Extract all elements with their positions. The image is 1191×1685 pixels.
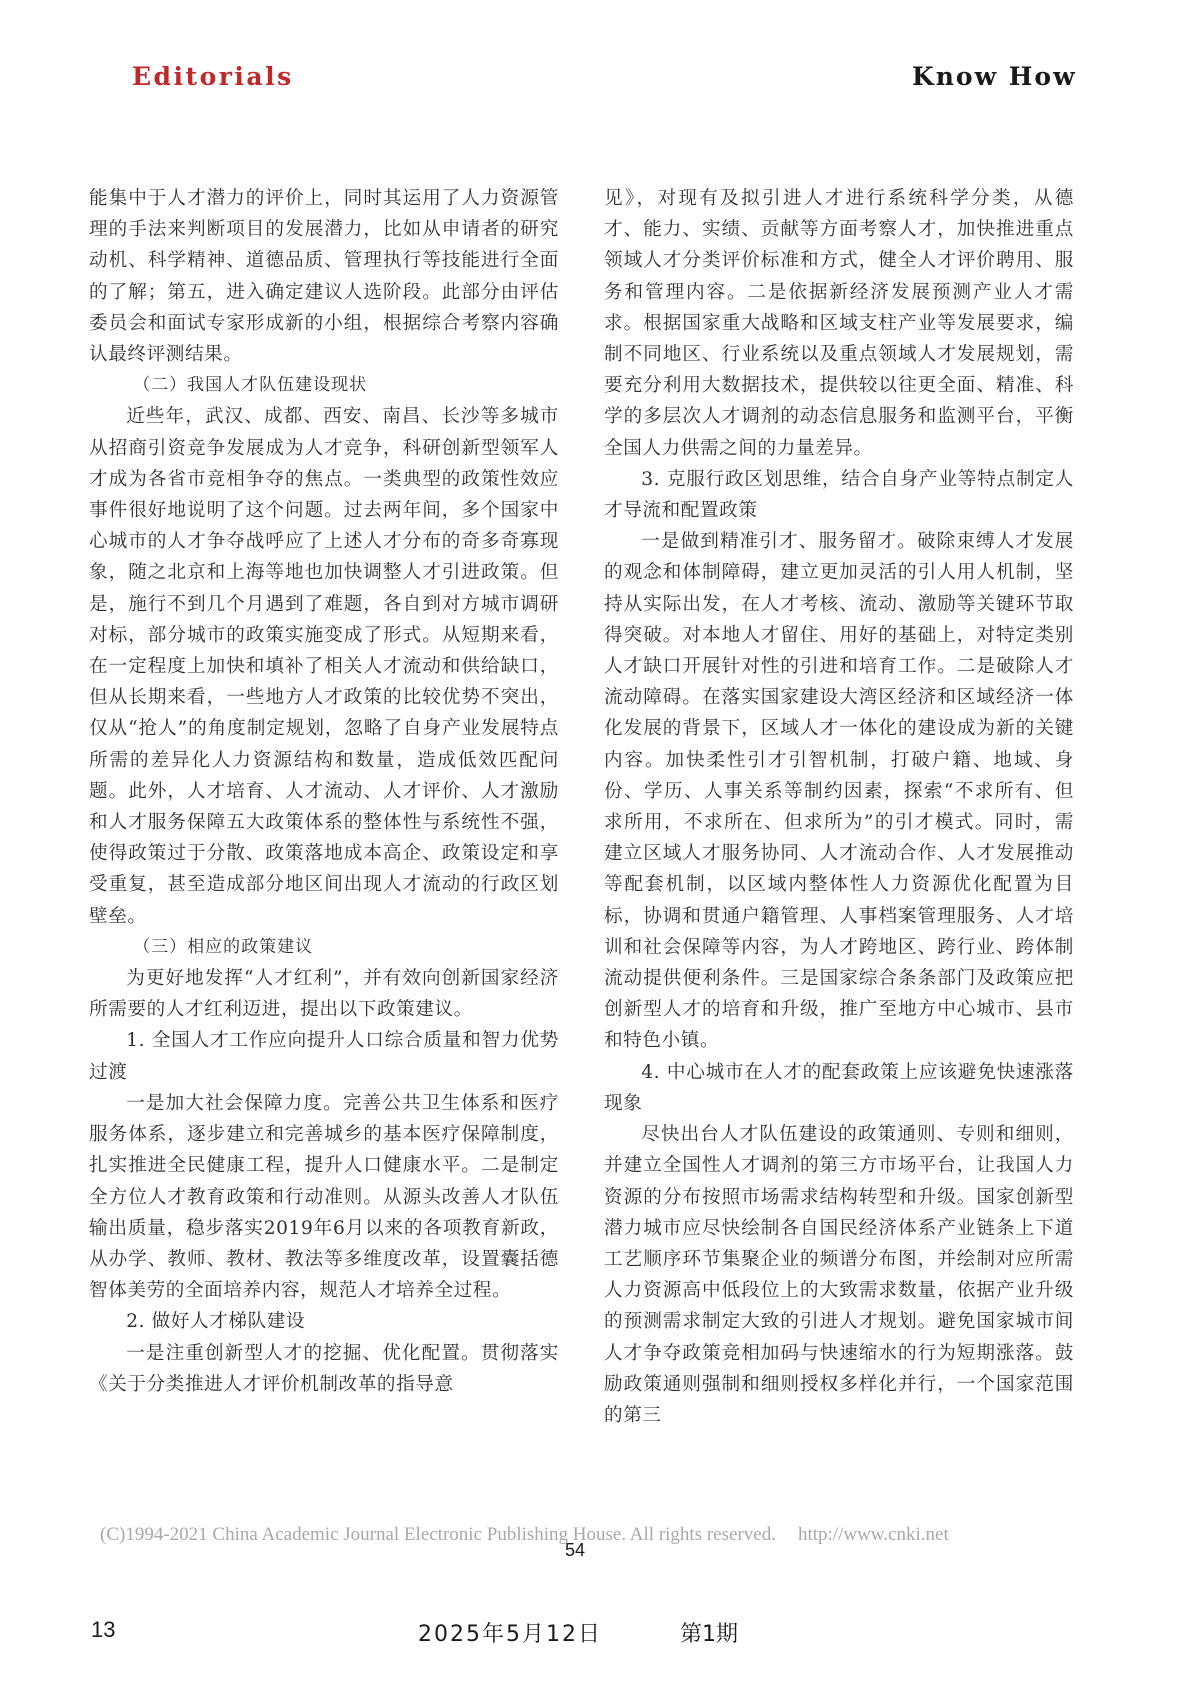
paragraph-talent-echelon: 一是注重创新型人才的挖掘、优化配置。贯彻落实《关于分类推进人才评价机制改革的指导…: [89, 1338, 559, 1400]
numbered-heading-2: 2. 做好人才梯队建设: [89, 1306, 559, 1337]
paragraph-continued-right: 见》，对现有及拟引进人才进行系统科学分类，从德才、能力、实绩、贡献等方面考察人才…: [604, 183, 1074, 464]
paragraph-policy-rules: 尽快出台人才队伍建设的政策通则、专则和细则，并建立全国性人才调剂的第三方市场平台…: [604, 1119, 1074, 1431]
issue-number: 第1期: [680, 1617, 738, 1648]
page-number: 13: [91, 1617, 115, 1643]
paragraph-continued: 能集中于人才潜力的评价上，同时其运用了人力资源管理的手法来判断项目的发展潜力，比…: [89, 183, 559, 370]
section-label-editorials: Editorials: [132, 62, 294, 91]
numbered-heading-4: 4. 中心城市在人才的配套政策上应该避免快速涨落现象: [604, 1057, 1074, 1119]
subheading-policy-suggestions: （三）相应的政策建议: [89, 932, 559, 963]
numbered-heading-1: 1. 全国人才工作应向提升人口综合质量和智力优势过渡: [89, 1025, 559, 1087]
paragraph-social-security: 一是加大社会保障力度。完善公共卫生体系和医疗服务体系，逐步建立和完善城乡的基本医…: [89, 1088, 559, 1306]
section-label-know-how: Know How: [912, 62, 1077, 91]
paragraph-precise-recruitment: 一是做到精准引才、服务留才。破除束缚人才发展的观念和体制障碍，建立更加灵活的引人…: [604, 526, 1074, 1056]
copyright-text: (C)1994-2021 China Academic Journal Elec…: [100, 1524, 776, 1545]
right-text-column: 见》，对现有及拟引进人才进行系统科学分类，从德才、能力、实绩、贡献等方面考察人才…: [604, 183, 1074, 1431]
copyright-notice: (C)1994-2021 China Academic Journal Elec…: [100, 1524, 949, 1546]
paragraph-policy-intro: 为更好地发挥“人才红利”，并有效向创新国家经济所需要的人才红利迈进，提出以下政策…: [89, 963, 559, 1025]
paragraph-talent-status: 近些年，武汉、成都、西安、南昌、长沙等多城市从招商引资竞争发展成为人才竞争，科研…: [89, 401, 559, 931]
original-page-number: 54: [565, 1540, 585, 1561]
numbered-heading-3: 3. 克服行政区划思维，结合自身产业等特点制定人才导流和配置政策: [604, 464, 1074, 526]
publication-date: 2025年5月12日: [418, 1617, 602, 1648]
cnki-url: http://www.cnki.net: [798, 1524, 949, 1545]
subheading-talent-status: （二）我国人才队伍建设现状: [89, 370, 559, 401]
left-text-column: 能集中于人才潜力的评价上，同时其运用了人力资源管理的手法来判断项目的发展潜力，比…: [89, 183, 559, 1400]
